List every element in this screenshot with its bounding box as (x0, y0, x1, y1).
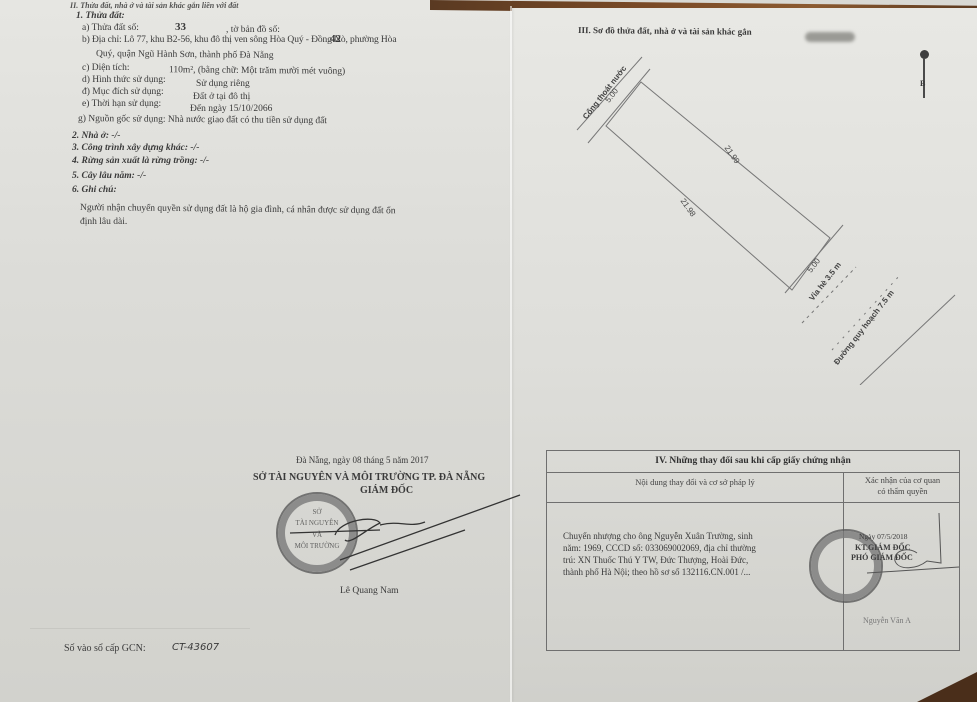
origin-label: g) Nguồn gốc sử dụng: (78, 114, 166, 125)
address-label-text: b) Địa chỉ: (82, 35, 122, 45)
purpose-value: Đất ở tại đô thị (193, 92, 250, 103)
redaction-blur (805, 32, 855, 42)
change-content-3: trú: XN Thuốc Thú Y TW, Đức Thượng, Hoài… (563, 555, 748, 566)
use-form-label: d) Hình thức sử dụng: (82, 75, 166, 86)
origin-value: Nhà nước giao đất có thu tiền sử dụng đấ… (168, 115, 327, 126)
notes-heading: 6. Ghi chú: (72, 185, 117, 196)
confirm-signer: Nguyễn Văn A (863, 615, 911, 626)
section-ii-header: II. Thửa đất, nhà ở và tài sản khác gắn … (70, 0, 239, 11)
divider (30, 628, 250, 629)
notes-line-2: định lâu dài. (80, 217, 127, 228)
section-iii-header: III. Sơ đồ thửa đất, nhà ở và tài sản kh… (578, 25, 752, 38)
house-line: 2. Nhà ở: -/- (72, 131, 120, 142)
change-content-4: thành phố Hà Nội; theo hồ sơ số 132116.C… (563, 567, 750, 578)
signer-name: Lê Quang Nam (340, 586, 399, 597)
north-label: B (920, 78, 925, 89)
change-content-1: Chuyển nhượng cho ông Nguyễn Xuân Trường… (563, 531, 753, 543)
changes-table: IV. Những thay đổi sau khi cấp giấy chứn… (546, 450, 960, 651)
area-label: c) Diện tích: (82, 63, 129, 74)
address-line-2: Quý, quận Ngũ Hành Sơn, thành phố Đà Nẵn… (96, 49, 274, 62)
issuing-agency: SỞ TÀI NGUYÊN VÀ MÔI TRƯỜNG TP. ĐÀ NẴNG (253, 472, 485, 483)
confirm-signature (847, 511, 961, 581)
registry-label: Số vào sổ cấp GCN: (64, 643, 146, 654)
page-fold (510, 6, 512, 702)
perennial-line: 5. Cây lâu năm: -/- (72, 171, 146, 182)
area-value: 110m², (bằng chữ: Một trăm mười mét vuôn… (169, 65, 345, 78)
parcel-label: a) Thửa đất số: (82, 23, 139, 34)
signing-date: Đà Nẵng, ngày 08 tháng 5 năm 2017 (296, 455, 428, 466)
parcel-number: 33 (175, 22, 186, 33)
parcel-outline (560, 55, 960, 385)
col-confirm-header-1: Xác nhận của cơ quan (844, 475, 961, 485)
land-heading: 1. Thửa đất: (76, 11, 125, 22)
origin-line: g) Nguồn gốc sử dụng: Nhà nước giao đất … (78, 114, 327, 127)
term-label: e) Thời hạn sử dụng: (82, 99, 161, 110)
address-line-1: Lô 77, khu B2-56, khu đô thị ven sông Hò… (124, 35, 397, 45)
other-works-line: 3. Công trình xây dựng khác: -/- (72, 143, 199, 154)
address-label: b) Địa chỉ: Lô 77, khu B2-56, khu đô thị… (82, 35, 396, 46)
changes-table-header: Nội dung thay đổi và cơ sở pháp lý Xác n… (547, 472, 959, 503)
col-confirm-header-2: có thẩm quyền (844, 486, 961, 496)
forest-line: 4. Rừng sản xuất là rừng trồng: -/- (72, 156, 209, 167)
purpose-label: đ) Mục đích sử dụng: (82, 87, 164, 98)
registry-number: CT-43607 (172, 642, 219, 653)
use-form-value: Sử dụng riêng (196, 79, 250, 90)
changes-table-title: IV. Những thay đổi sau khi cấp giấy chứn… (547, 451, 959, 473)
parcel-diagram: Cống thoát nước 5.00 21.99 21.98 5.00 Vỉ… (560, 55, 960, 385)
change-content-2: năm: 1969, CCCD số: 033069002069, địa ch… (563, 543, 756, 554)
term-value: Đến ngày 15/10/2066 (190, 104, 272, 115)
col-content-header: Nội dung thay đổi và cơ sở pháp lý (547, 477, 843, 487)
signature-strokes (280, 490, 530, 580)
